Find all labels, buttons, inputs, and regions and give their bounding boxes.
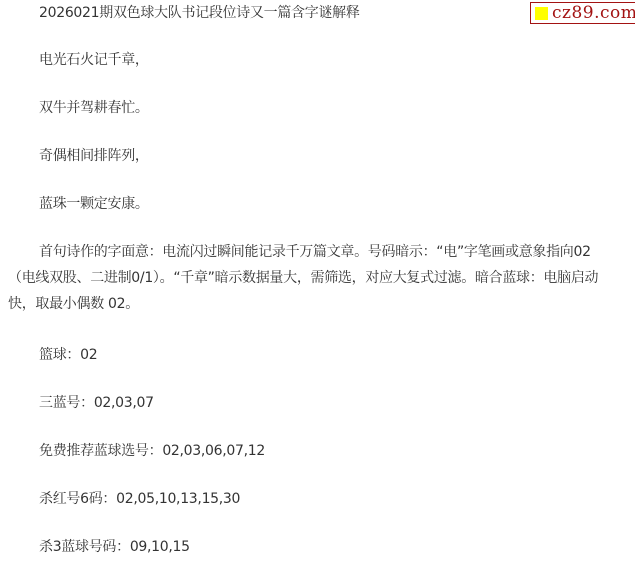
pick-three-blue: 三蓝号：02,03,07 xyxy=(8,390,154,416)
pick-label: 篮球： xyxy=(39,347,80,363)
poem-line-1: 电光石火记千章， xyxy=(8,47,149,73)
pick-label: 杀3蓝球号码： xyxy=(39,539,130,555)
pick-value: 02,05,10,13,15,30 xyxy=(116,491,240,507)
poem-line-4: 蓝珠一颗定安康。 xyxy=(8,191,149,217)
pick-value: 02 xyxy=(80,347,97,363)
yellow-square-icon xyxy=(535,7,548,20)
explanation-paragraph: 首句诗作的字面意：电流闪过瞬间能记录千万篇文章。号码暗示：“电”字笔画或意象指向… xyxy=(8,239,608,317)
pick-blue-ball: 篮球：02 xyxy=(8,342,97,368)
pick-kill-blue: 杀3蓝球号码：09,10,15 xyxy=(8,534,190,560)
pick-label: 免费推荐蓝球选号： xyxy=(39,443,162,459)
article-title: 2026021期双色球大队书记段位诗又一篇含字谜解释 xyxy=(8,0,360,26)
pick-value: 02,03,07 xyxy=(94,395,154,411)
pick-value: 09,10,15 xyxy=(130,539,190,555)
pick-kill-red: 杀红号6码：02,05,10,13,15,30 xyxy=(8,486,240,512)
watermark-logo: cz89.com xyxy=(530,2,635,24)
pick-free-blue: 免费推荐蓝球选号：02,03,06,07,12 xyxy=(8,438,265,464)
watermark-text: cz89.com xyxy=(552,3,635,23)
pick-value: 02,03,06,07,12 xyxy=(162,443,265,459)
pick-label: 三蓝号： xyxy=(39,395,94,411)
poem-line-3: 奇偶相间排阵列， xyxy=(8,143,149,169)
poem-line-2: 双牛并驾耕春忙。 xyxy=(8,95,149,121)
pick-label: 杀红号6码： xyxy=(39,491,116,507)
